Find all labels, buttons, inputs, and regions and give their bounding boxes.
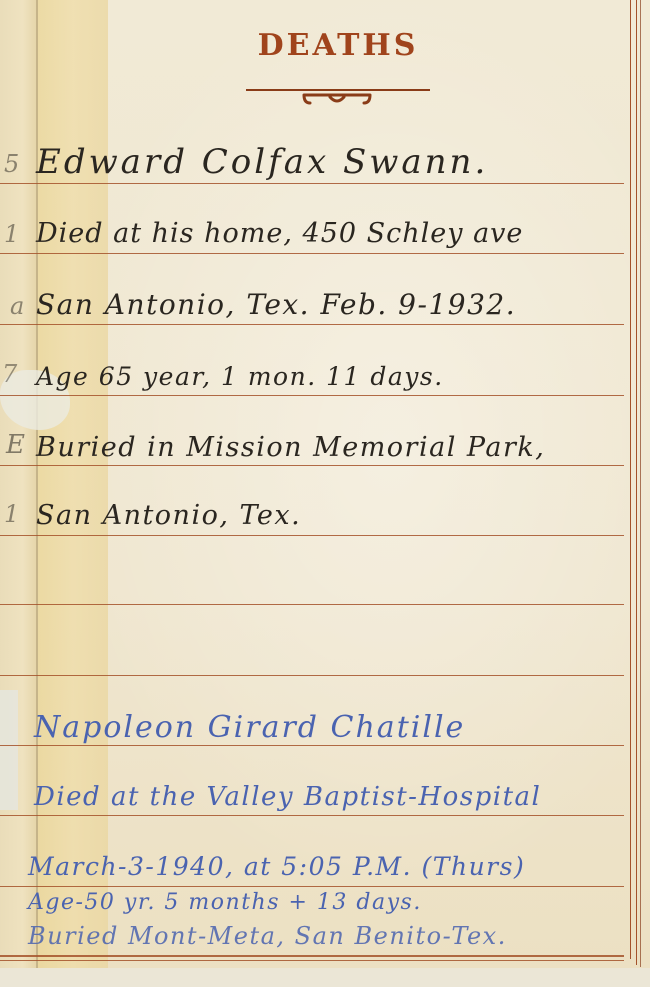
ruled-line-bottom	[0, 955, 624, 957]
right-border-line	[630, 0, 631, 959]
right-border-line	[640, 0, 641, 967]
entry-death-place: Died at his home, 450 Schley ave	[36, 218, 523, 249]
entry-burial-city: San Antonio, Tex.	[36, 500, 301, 531]
ruled-line-bottom-double	[0, 960, 624, 961]
margin-mark: E	[6, 430, 26, 460]
entry-burial: Buried Mont-Meta, San Benito-Tex.	[28, 922, 507, 950]
torn-paper-edge	[0, 690, 18, 810]
margin-mark: 1	[4, 500, 20, 528]
page-title: DEATHS	[0, 28, 650, 63]
ruled-line	[0, 886, 624, 887]
ruled-line	[0, 745, 624, 746]
tape-strip-outer	[0, 0, 38, 987]
ruled-line	[0, 675, 624, 676]
right-border-line	[636, 0, 637, 965]
entry-death-place: Died at the Valley Baptist-Hospital	[34, 782, 541, 812]
ruled-line	[0, 183, 624, 184]
ledger-page: DEATHS 5 1 a 7 E 1 Edward Colfax Swann. …	[0, 0, 650, 987]
ruled-line	[0, 465, 624, 466]
entry-name: Edward Colfax Swann.	[36, 142, 488, 182]
margin-mark: 5	[4, 150, 20, 178]
heading-rule	[246, 89, 430, 91]
margin-mark: 1	[4, 220, 20, 248]
ruled-line	[0, 535, 624, 536]
ruled-line	[0, 815, 624, 816]
entry-burial: Buried in Mission Memorial Park,	[36, 432, 545, 463]
margin-mark: a	[10, 292, 25, 320]
ruled-line	[0, 604, 624, 605]
ornament-flourish-icon	[302, 93, 372, 107]
entry-death-date: San Antonio, Tex. Feb. 9-1932.	[36, 288, 516, 321]
entry-age: Age-50 yr. 5 months + 13 days.	[28, 890, 422, 915]
page-bottom-edge	[0, 968, 650, 987]
ruled-line	[0, 395, 624, 396]
entry-name: Napoleon Girard Chatille	[34, 710, 465, 745]
margin-mark: 7	[2, 360, 18, 388]
entry-death-date: March-3-1940, at 5:05 P.M. (Thurs)	[28, 852, 525, 881]
entry-age: Age 65 year, 1 mon. 11 days.	[36, 362, 444, 391]
ruled-line	[0, 324, 624, 325]
ruled-line	[0, 253, 624, 254]
